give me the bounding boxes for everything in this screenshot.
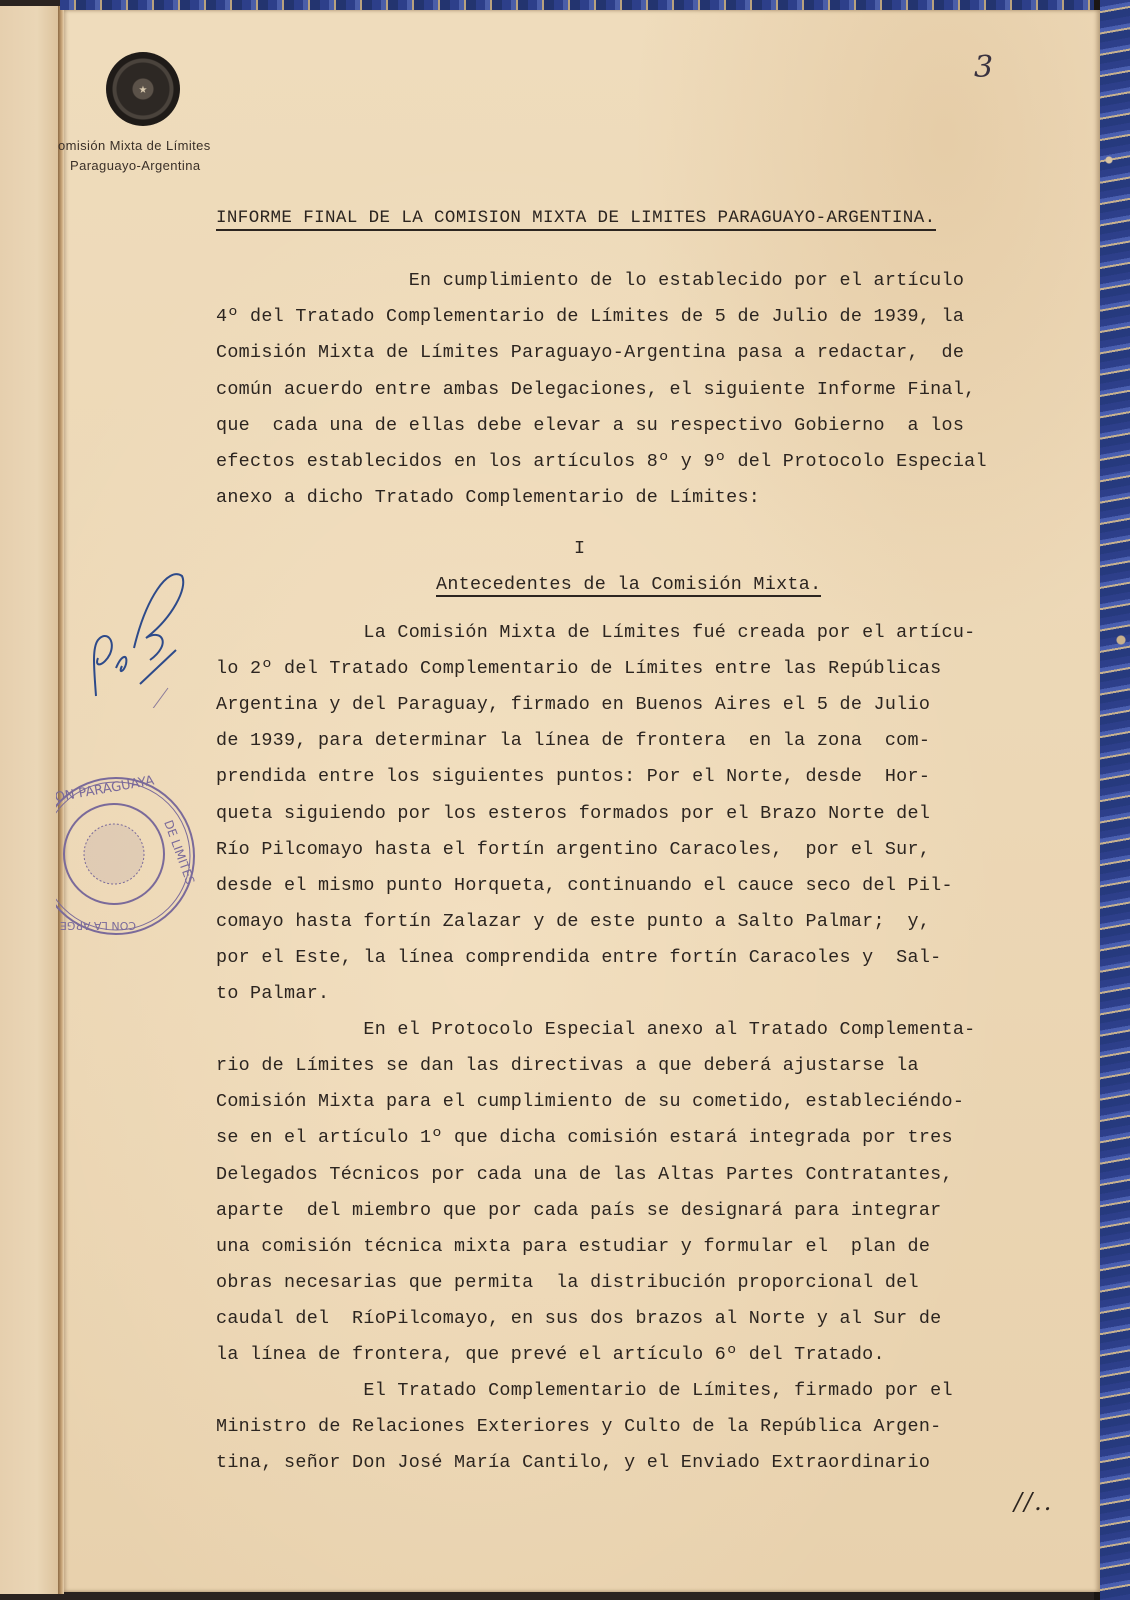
section-heading: Antecedentes de la Comisión Mixta. [436,574,821,597]
svg-text:DE LIMITES: DE LIMITES [161,818,197,886]
text-line: prendida entre los siguientes puntos: Po… [216,766,930,787]
continuation-mark: //.. [1014,1488,1053,1516]
org-line-2: Paraguayo-Argentina [58,156,211,176]
text-line: anexo a dicho Tratado Complementario de … [216,487,760,508]
text-line: de 1939, para determinar la línea de fro… [216,730,930,751]
signature-icon [76,558,186,708]
text-line: que cada una de ellas debe elevar a su r… [216,415,964,436]
text-line: aparte del miembro que por cada país se … [216,1200,942,1221]
back-page-edge [0,6,62,1594]
text-line: comayo hasta fortín Zalazar y de este pu… [216,911,930,932]
text-line: to Palmar. [216,983,329,1004]
letterhead: omisión Mixta de Límites Paraguayo-Argen… [58,136,211,176]
text-line: lo 2º del Tratado Complementario de Lími… [216,658,942,679]
text-line: En cumplimiento de lo establecido por el… [216,270,964,291]
marbled-cover-right [1100,0,1130,1600]
text-line: La Comisión Mixta de Límites fué creada … [216,622,976,643]
org-line-1: omisión Mixta de Límites [58,138,211,153]
text-line: Ministro de Relaciones Exteriores y Cult… [216,1416,942,1437]
text-line: Comisión Mixta de Límites Paraguayo-Arge… [216,342,964,363]
section-number: I [574,538,585,559]
text-line: El Tratado Complementario de Límites, fi… [216,1380,953,1401]
text-line: Delegados Técnicos por cada una de las A… [216,1164,953,1185]
text-line: queta siguiendo por los esteros formados… [216,803,930,824]
text-line: Río Pilcomayo hasta el fortín argentino … [216,839,930,860]
text-line: efectos establecidos en los artículos 8º… [216,451,987,472]
text-line: Argentina y del Paraguay, firmado en Bue… [216,694,930,715]
text-line: la línea de frontera, que prevé el artíc… [216,1344,885,1365]
page-number: 3 [974,50,993,85]
text-line: caudal del RíoPilcomayo, en sus dos braz… [216,1308,942,1329]
text-line: obras necesarias que permita la distribu… [216,1272,919,1293]
text-line: se en el artículo 1º que dicha comisión … [216,1127,953,1148]
text-line: por el Este, la línea comprendida entre … [216,947,942,968]
svg-text:CON LA ARGE: CON LA ARGE [60,919,136,932]
marbled-cover-top [60,0,1130,10]
text-line: desde el mismo punto Horqueta, continuan… [216,875,953,896]
republic-seal-icon: ★ [106,52,180,126]
text-line: una comisión técnica mixta para estudiar… [216,1236,930,1257]
text-line: tina, señor Don José María Cantilo, y el… [216,1452,930,1473]
commission-stamp-icon: ON PARAGUAYA DE LIMITES CON LA ARGE [56,762,202,948]
text-line: común acuerdo entre ambas Delegaciones, … [216,379,976,400]
document-title: INFORME FINAL DE LA COMISION MIXTA DE LI… [216,208,936,231]
text-line: En el Protocolo Especial anexo al Tratad… [216,1019,976,1040]
document-page: ★ omisión Mixta de Límites Paraguayo-Arg… [64,10,1100,1592]
text-line: Comisión Mixta para el cumplimiento de s… [216,1091,964,1112]
text-line: rio de Límites se dan las directivas a q… [216,1055,919,1076]
text-line: 4º del Tratado Complementario de Límites… [216,306,964,327]
